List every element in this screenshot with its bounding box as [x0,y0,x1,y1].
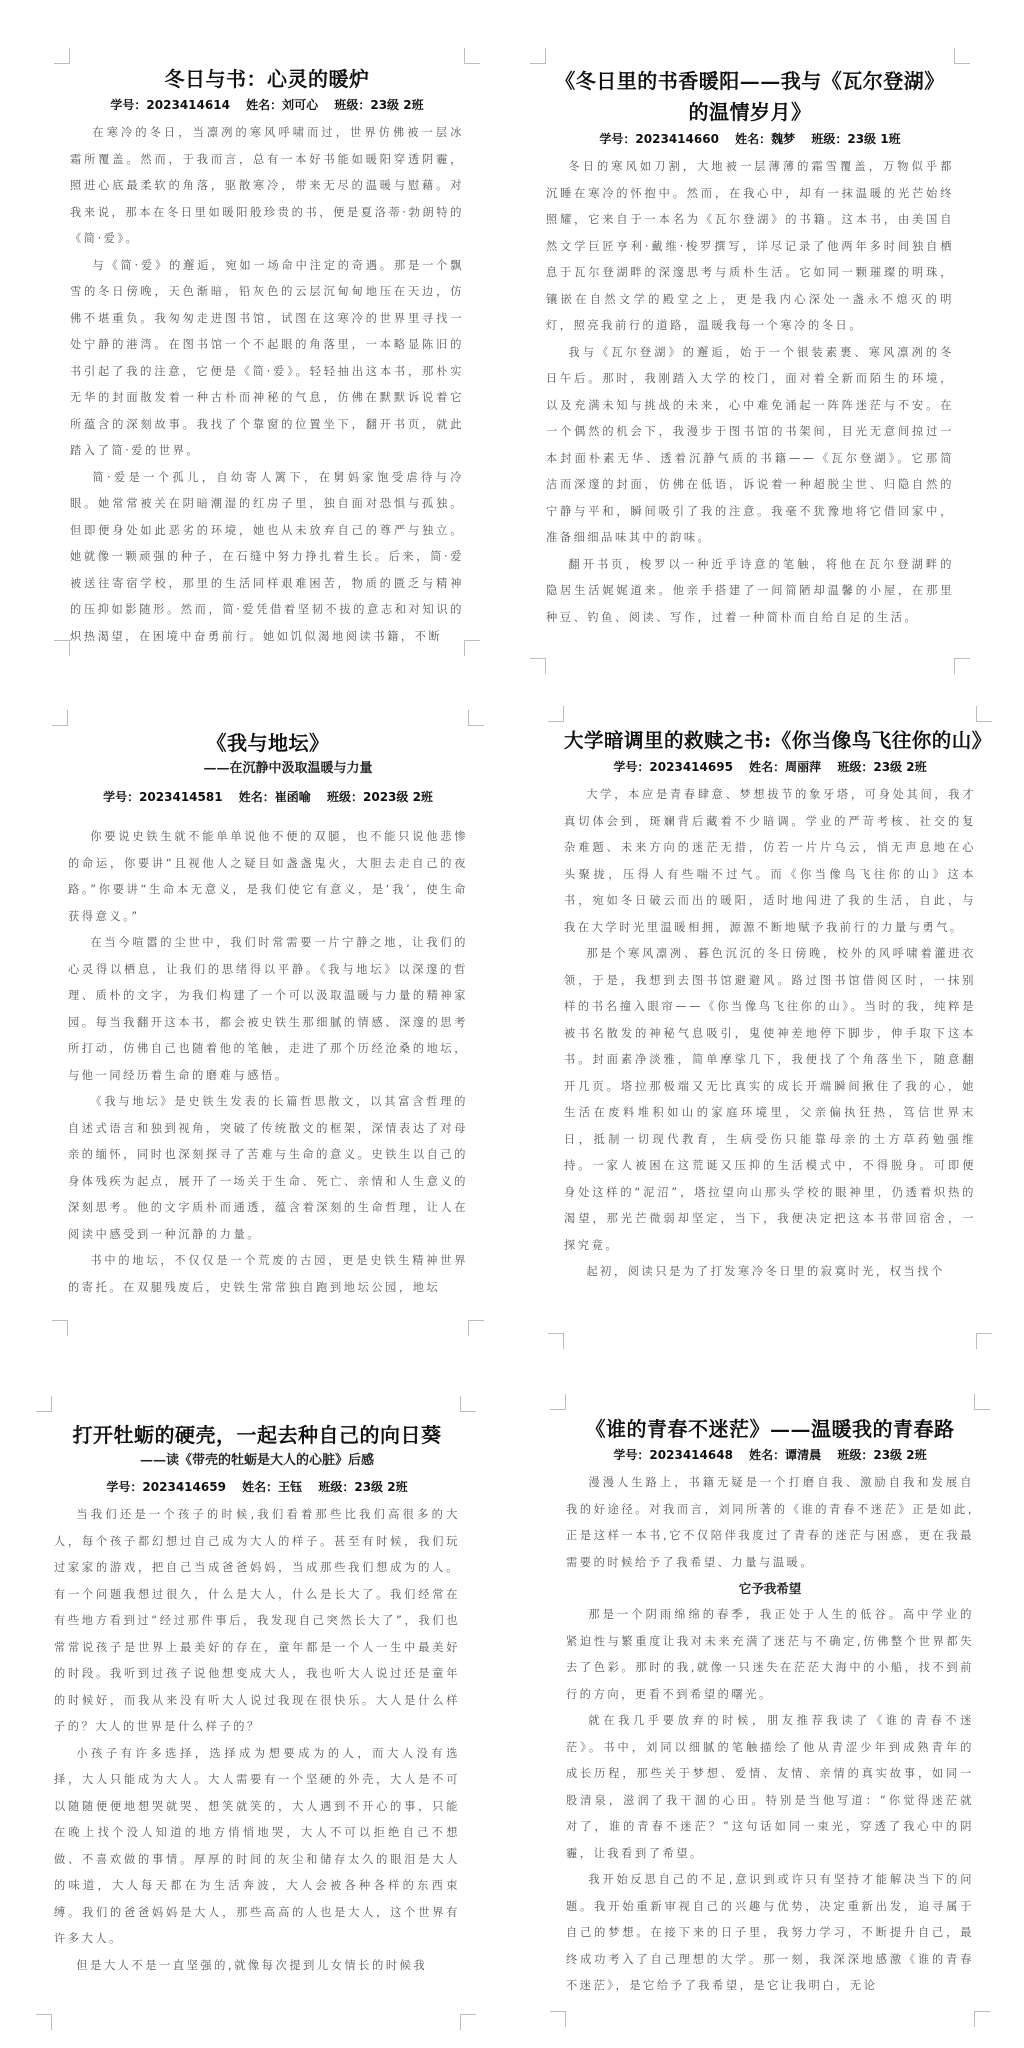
essay-body: 冬日的寒风如刀割，大地被一层薄薄的霜雪覆盖，万物似乎都沉睡在寒冷的怀抱中。然而，… [546,154,954,631]
margin-corner-mark [976,1333,992,1349]
essay-page-4: 大学暗调里的救赎之书:《你当像鸟飞往你的山》 学号：2023414695 姓名：… [512,690,1024,1380]
paragraph: 翻开书页，梭罗以一种近乎诗意的笔触，将他在瓦尔登湖畔的隐居生活娓娓道来。他亲手搭… [546,552,954,632]
essay-page-2: 《冬日里的书香暖阳——我与《瓦尔登湖》的温情岁月》 学号：2023414660 … [512,0,1024,690]
essay-subtitle: ——在沉静中汲取温暖与力量 [68,758,468,780]
margin-corner-mark [54,48,70,64]
document-page-grid: 冬日与书：心灵的暖炉 学号：2023414614 姓名：刘可心 班级：23级 2… [0,0,1024,2048]
essay-subtitle: ——读《带壳的牡蛎是大人的心脏》后感 [54,1450,460,1472]
essay-body: 你要说史铁生就不能单单说他不便的双腿，也不能只说他悲惨的命运，你要讲“且视他人之… [68,824,468,1301]
student-name: 周丽萍 [785,760,821,774]
student-info: 学号：2023414660 姓名：魏梦 班级：23级 1班 [546,128,954,150]
essay-title: 大学暗调里的救赎之书:《你当像鸟飞往你的山》 [564,726,976,756]
margin-corner-mark [954,658,970,674]
student-class: 2023级 2班 [363,790,433,804]
essay-page-3: 《我与地坛》 ——在沉静中汲取温暖与力量 学号：2023414581 姓名：崔函… [0,690,512,1380]
essay-title: 《冬日里的书香暖阳——我与《瓦尔登湖》的温情岁月》 [546,66,954,128]
student-info: 学号：2023414695 姓名：周丽萍 班级：23级 2班 [564,756,976,778]
student-name: 谭清晨 [785,1448,821,1462]
student-info: 学号：2023414648 姓名：谭清晨 班级：23级 2班 [566,1444,974,1466]
margin-corner-mark [974,1394,990,1410]
margin-corner-mark [954,48,970,64]
paragraph: 简·爱是一个孤儿，自幼寄人篱下，在舅妈家饱受虐待与冷眼。她常常被关在阴暗潮湿的红… [70,465,464,651]
student-name: 魏梦 [771,132,795,146]
paragraph: 但是大人不是一直坚强的,就像每次提到儿女情长的时候我 [54,1953,460,1980]
essay-title: 《谁的青春不迷茫》——温暖我的青春路 [566,1414,974,1444]
essay-body: 当我们还是一个孩子的时候,我们看着那些比我们高很多的大人，每个孩子都幻想过自己成… [54,1502,460,1979]
student-info: 学号：2023414614 姓名：刘可心 班级：23级 2班 [70,94,464,116]
paragraph: 就在我几乎要放弃的时候，朋友推荐我读了《谁的青春不迷茫》。书中，刘同以细腻的笔触… [566,1708,974,1867]
essay-page-5: 打开牡蛎的硬壳，一起去种自己的向日葵 ——读《带壳的牡蛎是大人的心脏》后感 学号… [0,1380,512,2048]
margin-corner-mark [548,1333,564,1349]
student-id: 2023414648 [649,1448,733,1462]
paragraph: 在当今喧嚣的尘世中，我们时常需要一片宁静之地，让我们的心灵得以栖息，让我们的思绪… [68,930,468,1089]
margin-corner-mark [550,2011,566,2027]
student-name: 刘可心 [282,98,318,112]
paragraph: 漫漫人生路上，书籍无疑是一个打磨自我、激励自我和发展自我的好途径。对我而言，刘同… [566,1470,974,1576]
margin-corner-mark [468,710,484,726]
paragraph: 大学，本应是青春肆意、梦想拔节的象牙塔，可身处其间，我才真切体会到，斑斓背后藏着… [564,782,976,941]
margin-corner-mark [976,706,992,722]
paragraph: 当我们还是一个孩子的时候,我们看着那些比我们高很多的大人，每个孩子都幻想过自己成… [54,1502,460,1741]
margin-corner-mark [530,658,546,674]
paragraph: 我与《瓦尔登湖》的邂逅，始于一个银装素裹、寒风凛冽的冬日午后。那时，我刚踏入大学… [546,340,954,552]
margin-corner-mark [52,1320,68,1336]
student-info: 学号：2023414581 姓名：崔函喻 班级：2023级 2班 [68,786,468,808]
student-class: 23级 2班 [354,1480,407,1494]
paragraph: 冬日的寒风如刀割，大地被一层薄薄的霜雪覆盖，万物似乎都沉睡在寒冷的怀抱中。然而，… [546,154,954,340]
margin-corner-mark [36,2014,52,2030]
essay-body: 在寒冷的冬日，当凛冽的寒风呼啸而过，世界仿佛被一层冰霜所覆盖。然而，于我而言，总… [70,120,464,650]
margin-corner-mark [530,48,546,64]
essay-page-6: 《谁的青春不迷茫》——温暖我的青春路 学号：2023414648 姓名：谭清晨 … [512,1380,1024,2048]
paragraph: 《我与地坛》是史铁生发表的长篇哲思散文，以其富含哲理的自述式语言和独到视角，突破… [68,1089,468,1248]
margin-corner-mark [52,710,68,726]
essay-body: 那是一个阴雨绵绵的春季，我正处于人生的低谷。高中学业的紧迫性与繁重度让我对未来充… [566,1602,974,2000]
paragraph: 你要说史铁生就不能单单说他不便的双腿，也不能只说他悲惨的命运，你要讲“且视他人之… [68,824,468,930]
margin-corner-mark [550,1394,566,1410]
margin-corner-mark [460,2014,476,2030]
student-info: 学号：2023414659 姓名：王钰 班级：23级 2班 [54,1476,460,1498]
student-id: 2023414659 [142,1480,226,1494]
student-id: 2023414581 [139,790,223,804]
essay-title: 《我与地坛》 [68,728,468,758]
essay-page-1: 冬日与书：心灵的暖炉 学号：2023414614 姓名：刘可心 班级：23级 2… [0,0,512,690]
student-id: 2023414660 [635,132,719,146]
paragraph: 那是个寒风凛冽、暮色沉沉的冬日傍晚，校外的风呼啸着灌进衣领，于是，我想到去图书馆… [564,941,976,1259]
section-heading: 它予我希望 [566,1576,974,1602]
paragraph: 起初，阅读只是为了打发寒冷冬日里的寂寞时光，权当找个 [564,1259,976,1286]
student-id: 2023414614 [146,98,230,112]
margin-corner-mark [54,640,70,656]
paragraph: 在寒冷的冬日，当凛冽的寒风呼啸而过，世界仿佛被一层冰霜所覆盖。然而，于我而言，总… [70,120,464,253]
student-class: 23级 1班 [847,132,900,146]
student-class: 23级 2班 [370,98,423,112]
essay-body: 大学，本应是青春肆意、梦想拔节的象牙塔，可身处其间，我才真切体会到，斑斓背后藏着… [564,782,976,1286]
paragraph: 书中的地坛，不仅仅是一个荒废的古园，更是史铁生精神世界的寄托。在双腿残废后，史铁… [68,1248,468,1301]
student-class: 23级 2班 [873,760,926,774]
margin-corner-mark [460,1396,476,1412]
paragraph: 我开始反思自己的不足,意识到或许只有坚持才能解决当下的问题。我开始重新审视自己的… [566,1867,974,2000]
essay-body: 漫漫人生路上，书籍无疑是一个打磨自我、激励自我和发展自我的好途径。对我而言，刘同… [566,1470,974,1576]
essay-title: 打开牡蛎的硬壳，一起去种自己的向日葵 [54,1420,460,1450]
margin-corner-mark [974,2011,990,2027]
margin-corner-mark [464,640,480,656]
margin-corner-mark [464,48,480,64]
margin-corner-mark [36,1396,52,1412]
paragraph: 与《简·爱》的邂逅，宛如一场命中注定的奇遇。那是一个飘雪的冬日傍晚，天色渐暗，铅… [70,253,464,465]
student-name: 王钰 [278,1480,302,1494]
essay-title: 冬日与书：心灵的暖炉 [70,64,464,94]
margin-corner-mark [468,1320,484,1336]
paragraph: 那是一个阴雨绵绵的春季，我正处于人生的低谷。高中学业的紧迫性与繁重度让我对未来充… [566,1602,974,1708]
paragraph: 小孩子有许多选择，选择成为想要成为的人，而大人没有选择，大人只能成为大人。大人需… [54,1741,460,1953]
margin-corner-mark [548,706,564,722]
student-class: 23级 2班 [873,1448,926,1462]
student-id: 2023414695 [649,760,733,774]
student-name: 崔函喻 [275,790,311,804]
